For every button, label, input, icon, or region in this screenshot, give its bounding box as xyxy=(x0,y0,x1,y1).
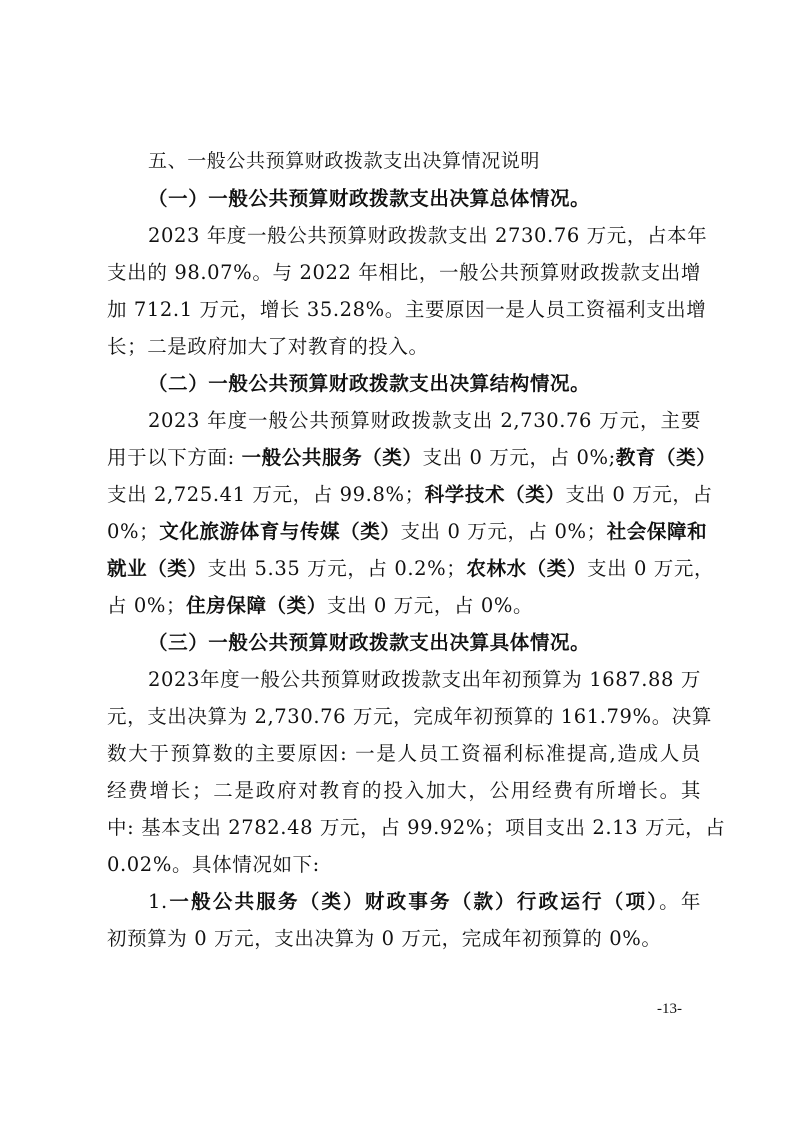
item-heading: 1.一般公共服务（类）财政事务（款）行政运行（项）。年 xyxy=(107,883,701,920)
category-label: 一般公共服务（类） xyxy=(242,446,423,469)
text: 。年 xyxy=(659,890,701,913)
text: 支出 0 万元，占 0%； xyxy=(400,520,606,543)
paragraph-line: 数大于预算数的主要原因: 一是人员工资福利标准提高,造成人员 xyxy=(107,735,701,772)
text: 用于以下方面: xyxy=(107,446,242,469)
paragraph-line: 元，支出决算为 2,730.76 万元，完成年初预算的 161.79%。决算 xyxy=(107,698,701,735)
subsection-heading-2: （二）一般公共预算财政拨款支出决算结构情况。 xyxy=(107,365,701,402)
paragraph-line: 经费增长；二是政府对教育的投入加大，公用经费有所增长。其 xyxy=(107,772,701,809)
text: 支出 0 万元，占 xyxy=(565,483,712,506)
paragraph-line: 用于以下方面: 一般公共服务（类）支出 0 万元，占 0%;教育（类） xyxy=(107,439,701,476)
paragraph-line: 支出 2,725.41 万元，占 99.8%；科学技术（类）支出 0 万元，占 xyxy=(107,476,701,513)
paragraph-line: 0.02%。具体情况如下: xyxy=(107,846,701,883)
text: 支出 0 万元，占 0%。 xyxy=(327,594,533,617)
paragraph-line: 0%；文化旅游体育与传媒（类）支出 0 万元，占 0%；社会保障和 xyxy=(107,513,701,550)
paragraph-line: 就业（类）支出 5.35 万元，占 0.2%；农林水（类）支出 0 万元， xyxy=(107,550,701,587)
text: 支出 5.35 万元，占 0.2%； xyxy=(208,557,467,580)
paragraph-line: 2023 年度一般公共预算财政拨款支出 2,730.76 万元，主要 xyxy=(107,402,701,439)
paragraph-line: 长；二是政府加大了对教育的投入。 xyxy=(107,328,701,365)
paragraph-line: 占 0%；住房保障（类）支出 0 万元，占 0%。 xyxy=(107,587,701,624)
subsection-heading-1: （一）一般公共预算财政拨款支出决算总体情况。 xyxy=(107,180,701,217)
text: 支出 2,725.41 万元，占 99.8%； xyxy=(107,483,425,506)
text: 支出 0 万元， xyxy=(587,557,714,580)
text: 占 0%； xyxy=(107,594,186,617)
text: 支出 0 万元，占 0%; xyxy=(422,446,615,469)
category-label: 科学技术（类） xyxy=(425,483,566,506)
paragraph-line: 2023年度一般公共预算财政拨款支出年初预算为 1687.88 万 xyxy=(107,661,701,698)
paragraph-line: 初预算为 0 万元，支出决算为 0 万元，完成年初预算的 0%。 xyxy=(107,920,701,957)
section-title: 五、一般公共预算财政拨款支出决算情况说明 xyxy=(107,143,701,180)
category-label: 社会保障和 xyxy=(607,520,708,543)
item-number: 1. xyxy=(148,890,168,913)
category-label: 农林水（类） xyxy=(466,557,587,580)
text: 0%； xyxy=(107,520,159,543)
paragraph-line: 2023 年度一般公共预算财政拨款支出 2730.76 万元，占本年 xyxy=(107,217,701,254)
paragraph-line: 支出的 98.07%。与 2022 年相比，一般公共预算财政拨款支出增 xyxy=(107,254,701,291)
item-title: 一般公共服务（类）财政事务（款）行政运行（项） xyxy=(168,890,659,913)
category-label: 住房保障（类） xyxy=(186,594,327,617)
paragraph-line: 中: 基本支出 2782.48 万元，占 99.92%；项目支出 2.13 万元… xyxy=(107,809,701,846)
document-page: 五、一般公共预算财政拨款支出决算情况说明 （一）一般公共预算财政拨款支出决算总体… xyxy=(107,143,701,957)
category-label: 文化旅游体育与传媒（类） xyxy=(159,520,400,543)
category-label: 教育（类） xyxy=(616,446,717,469)
subsection-heading-3: （三）一般公共预算财政拨款支出决算具体情况。 xyxy=(107,624,701,661)
category-label: 就业（类） xyxy=(107,557,208,580)
page-number: -13- xyxy=(657,1001,682,1018)
paragraph-line: 加 712.1 万元，增长 35.28%。主要原因一是人员工资福利支出增 xyxy=(107,291,701,328)
